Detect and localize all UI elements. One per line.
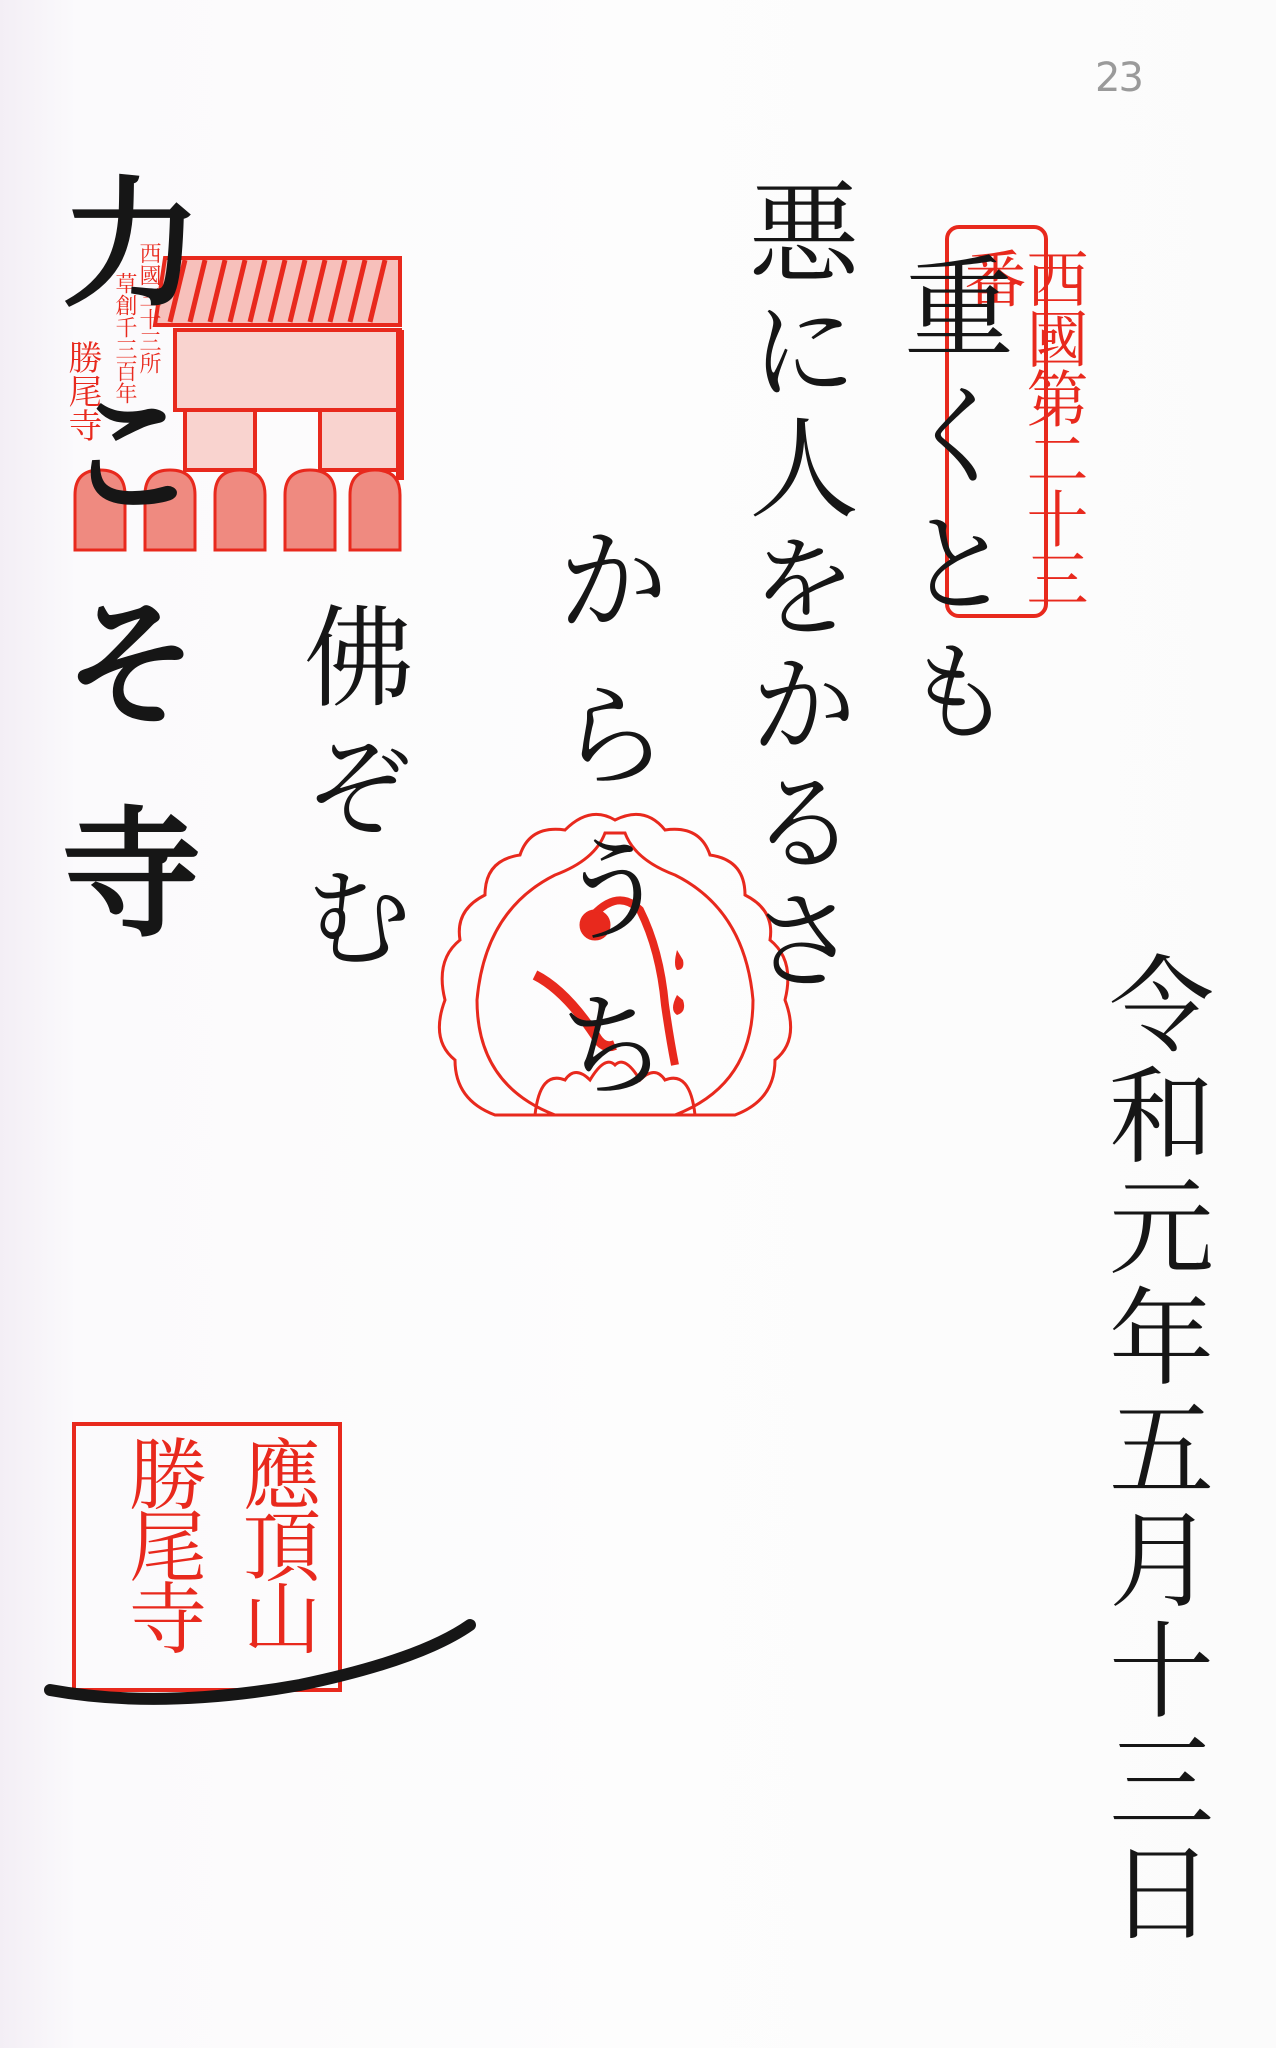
calligraphy-column-2: 悪に人をかるさ bbox=[740, 175, 850, 1001]
calligraphy-column-1: 重くとも bbox=[895, 250, 1005, 762]
page-number: 23 bbox=[1095, 55, 1142, 101]
date-column: 令和元年五月十三日 bbox=[1100, 950, 1205, 1949]
brush-tail-stroke bbox=[40, 1580, 480, 1720]
calligraphy-column-4: 佛ぞむ bbox=[295, 600, 405, 990]
calligraphy-column-5: 力こそ寺 bbox=[50, 170, 190, 1010]
calligraphy-column-3: からうち bbox=[545, 520, 660, 1140]
